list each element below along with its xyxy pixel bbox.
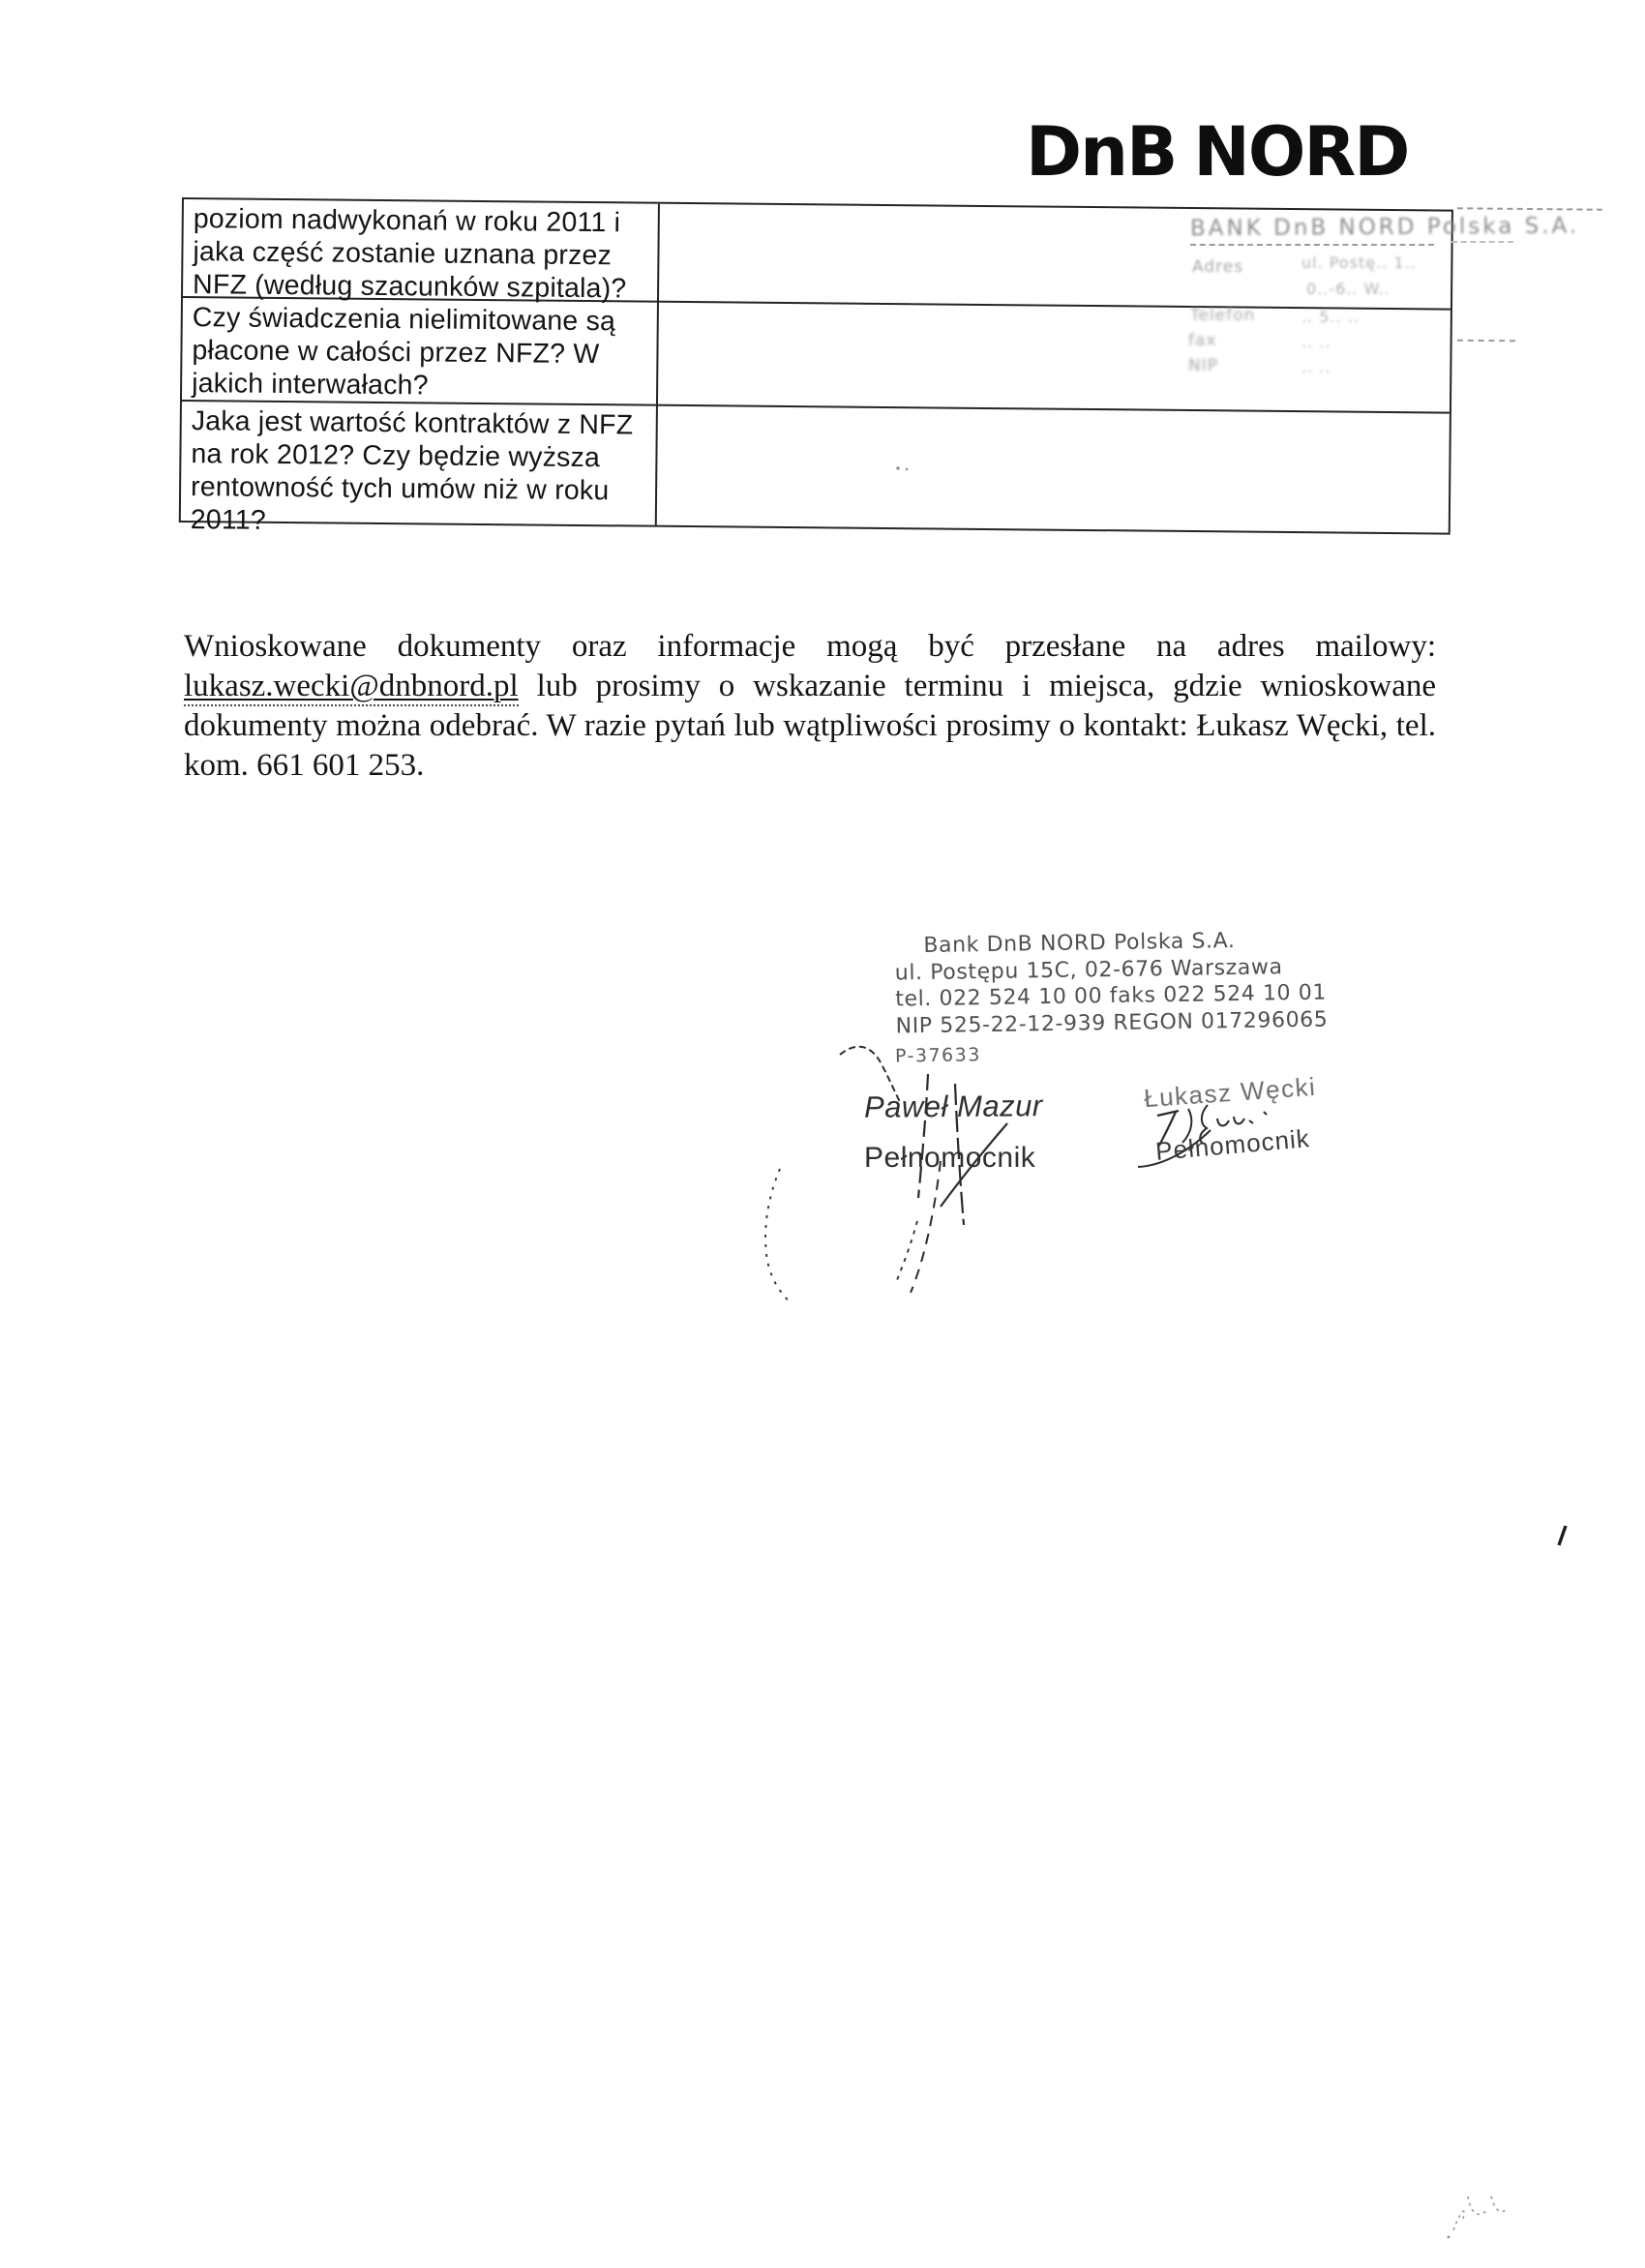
faint-stamp-value: 0..-6.. W..: [1306, 280, 1391, 298]
signature-right-name: Łukasz Węcki: [1143, 1072, 1317, 1114]
paragraph-line-1: Wnioskowane dokumenty oraz informacje mo…: [184, 627, 1436, 667]
reference-number: P-37633: [895, 1044, 981, 1067]
faint-stamp-label-adres: Adres: [1192, 257, 1243, 277]
paragraph-continuation: lukasz.wecki@dnbnord.pl lub prosimy o ws…: [184, 667, 1436, 786]
faint-stamp-underline: [1190, 244, 1434, 246]
faint-stamp-value: .. ..: [1301, 333, 1331, 351]
faint-stamp-label-telefon: Telefon: [1190, 306, 1255, 325]
faint-reception-stamp-header: BANK DnB NORD Polska S.A.: [1190, 214, 1579, 242]
logo-nord-text: NORD: [1193, 112, 1408, 192]
bank-address-block: Bank DnB NORD Polska S.A. ul. Postępu 15…: [894, 926, 1328, 1039]
dnb-nord-logo: DnBNORD: [1026, 118, 1408, 186]
faint-stamp-label-nip: NIP: [1188, 356, 1218, 375]
faint-stamp-value: ul. Postę.. 1..: [1301, 254, 1417, 272]
questions-table: poziom nadwykonań w roku 2011 i jaka czę…: [179, 197, 1453, 535]
signature-right-title: Pełnomocnik: [1154, 1123, 1311, 1167]
body-paragraph: Wnioskowane dokumenty oraz informacje mo…: [184, 627, 1436, 786]
question-cell: Jaka jest wartość kontraktów z NFZ na ro…: [181, 402, 652, 541]
email-address: lukasz.wecki@dnbnord.pl: [184, 669, 519, 706]
table-row: Czy świadczenia nielimitowane są płacone…: [182, 298, 1451, 414]
faint-stamp-underline: [1451, 241, 1513, 243]
question-cell: poziom nadwykonań w roku 2011 i jaka czę…: [183, 199, 654, 306]
question-cell: Czy świadczenia nielimitowane są płacone…: [182, 298, 653, 404]
signature-left-name: Paweł Mazur: [864, 1089, 1043, 1125]
scan-dash-artifact: [1457, 207, 1602, 210]
faint-stamp-value: .. 5.. ..: [1301, 308, 1360, 326]
table-row: Jaka jest wartość kontraktów z NFZ na ro…: [181, 402, 1450, 533]
scanned-letter-page: DnBNORD poziom nadwykonań w roku 2011 i …: [0, 0, 1645, 2268]
signature-left-title: Pełnomocnik: [864, 1142, 1035, 1175]
logo-dnb-text: DnB: [1026, 112, 1176, 192]
faint-stamp-label-fax: fax: [1188, 331, 1216, 350]
faint-stamp-value: .. ..: [1301, 358, 1331, 376]
scan-dash-artifact: [1457, 340, 1515, 343]
